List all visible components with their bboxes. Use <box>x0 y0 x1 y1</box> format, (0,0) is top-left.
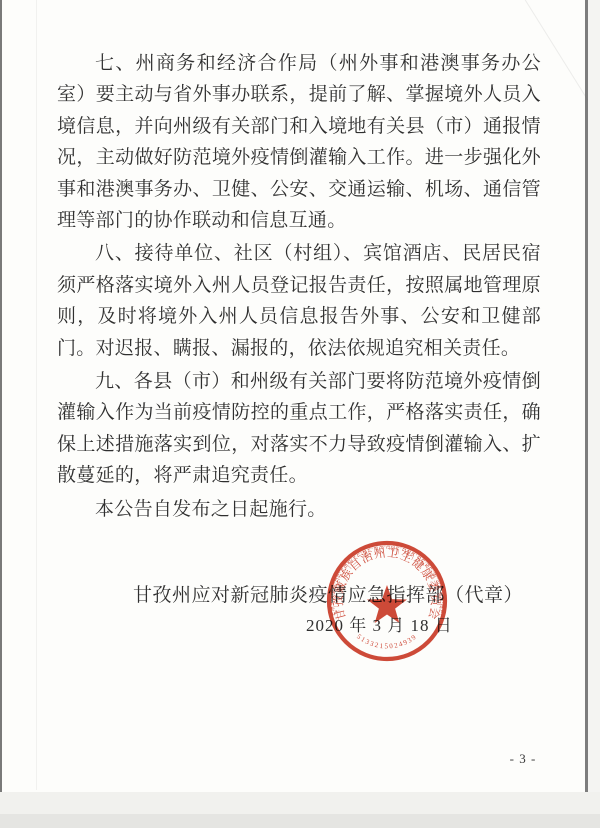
paragraph-eight: 八、接待单位、社区（村组）、宾馆酒店、民居民宿须严格落实境外入州人员登记报告责任… <box>57 238 541 364</box>
notice-body: 七、州商务和经济合作局（州外事和港澳事务办公室）要主动与省外事办联系，提前了解、… <box>57 48 541 527</box>
official-seal: དཀར་མཛེས་བོད་རིགས་རང་སྐྱོང་ཁུལ་འཕྲོད་བསྟ… <box>319 533 455 669</box>
scan-left-edge <box>0 0 2 810</box>
vertical-fold-line <box>36 0 37 790</box>
paragraph-nine: 九、各县（市）和州级有关部门要将防范境外疫情倒灌输入作为当前疫情防控的重点工作，… <box>57 366 541 492</box>
page-number: - 3 - <box>499 751 547 767</box>
seal-star-icon <box>367 585 407 623</box>
scan-right-gutter <box>588 0 600 792</box>
paragraph-seven: 七、州商务和经济合作局（州外事和港澳事务办公室）要主动与省外事办联系，提前了解、… <box>57 48 541 236</box>
scan-bottom-strip <box>0 792 600 814</box>
document-page: 七、州商务和经济合作局（州外事和港澳事务办公室）要主动与省外事办联系，提前了解、… <box>0 0 600 828</box>
seal-serial-number: 5133215024939 <box>355 632 419 650</box>
paragraph-closing: 本公告自发布之日起施行。 <box>57 494 541 525</box>
scan-bottom-edge <box>0 814 600 828</box>
